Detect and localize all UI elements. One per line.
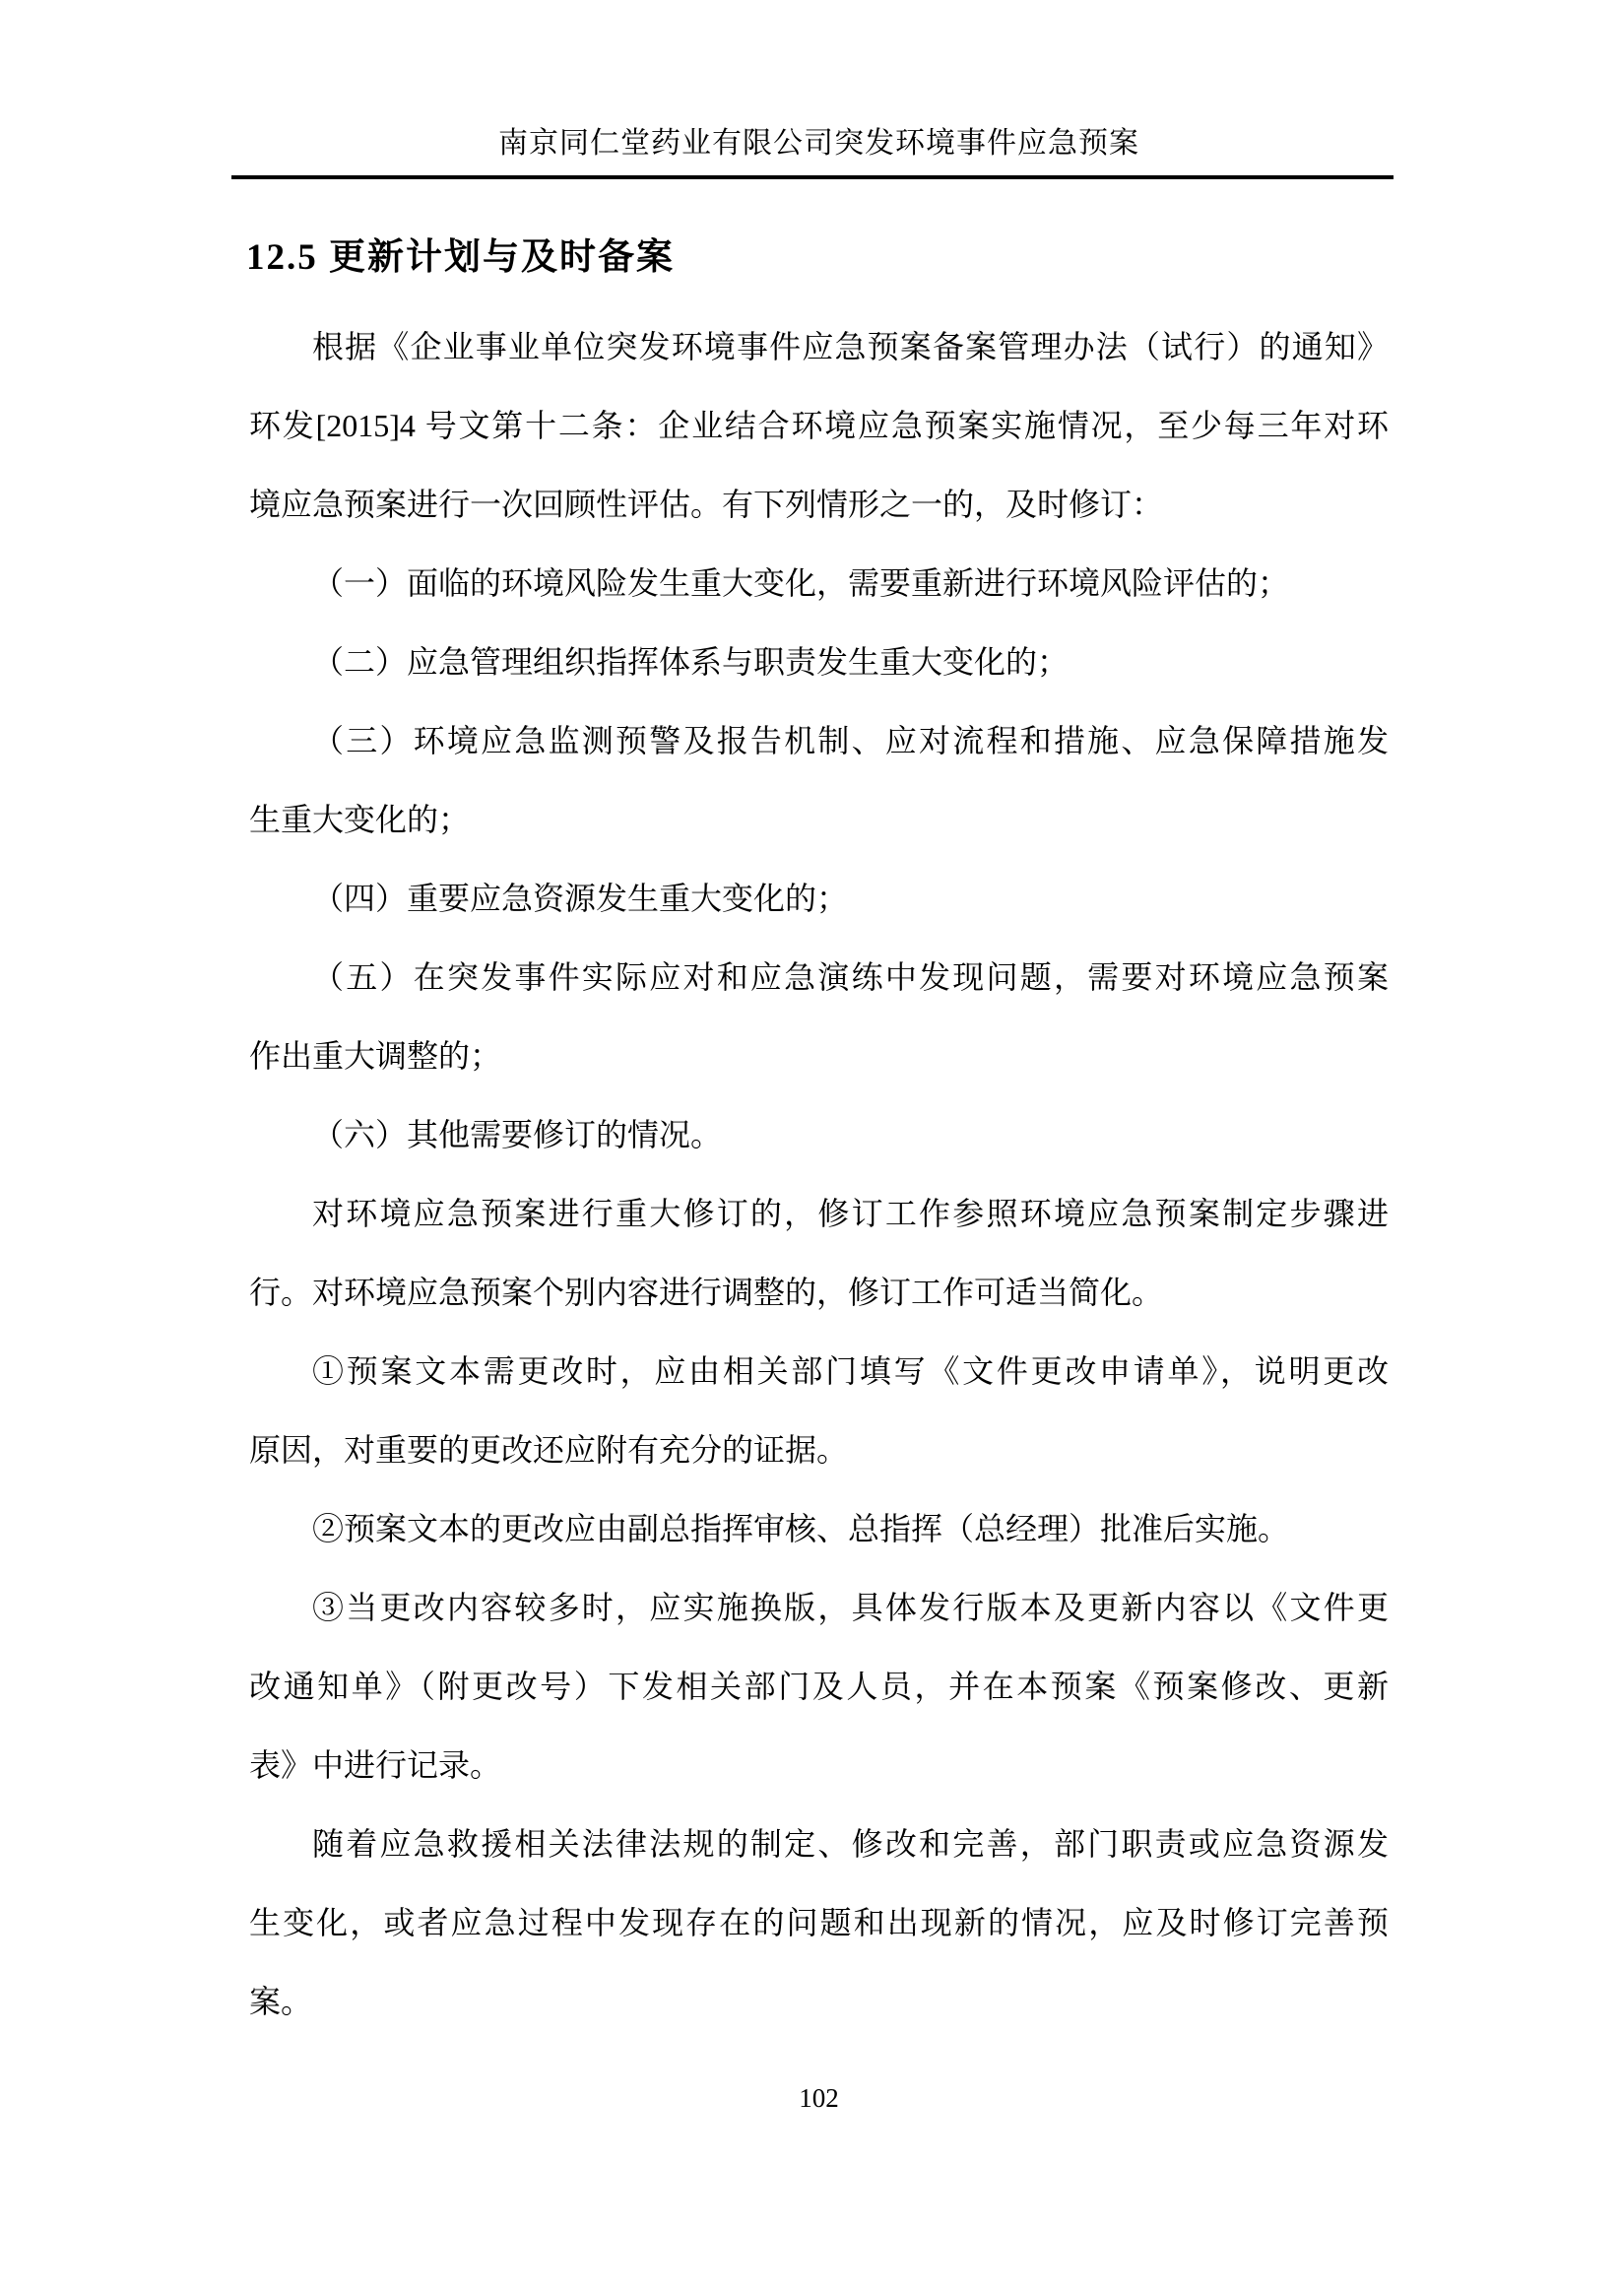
body-line: （一）面临的环境风险发生重大变化，需要重新进行环境风险评估的；: [249, 544, 1389, 623]
body-text: 根据《企业事业单位突发环境事件应急预案备案管理办法（试行）的通知》环发[2015…: [249, 307, 1389, 2041]
body-line: （五）在突发事件实际应对和应急演练中发现问题，需要对环境应急预案: [249, 938, 1389, 1017]
body-line: （四）重要应急资源发生重大变化的；: [249, 859, 1389, 938]
body-line: 表》中进行记录。: [249, 1726, 1389, 1804]
body-line: 案。: [249, 1962, 1389, 2041]
body-line: 作出重大调整的；: [249, 1017, 1389, 1095]
body-line: ①预案文本需更改时，应由相关部门填写《文件更改申请单》，说明更改: [249, 1332, 1389, 1410]
body-line: 对环境应急预案进行重大修订的，修订工作参照环境应急预案制定步骤进: [249, 1174, 1389, 1253]
body-line: 原因，对重要的更改还应附有充分的证据。: [249, 1410, 1389, 1489]
body-line: 生重大变化的；: [249, 780, 1389, 859]
body-line: 随着应急救援相关法律法规的制定、修改和完善，部门职责或应急资源发: [249, 1804, 1389, 1883]
body-line: 环发[2015]4 号文第十二条：企业结合环境应急预案实施情况，至少每三年对环: [249, 386, 1389, 465]
body-line: ②预案文本的更改应由副总指挥审核、总指挥（总经理）批准后实施。: [249, 1489, 1389, 1568]
document-page: 南京同仁堂药业有限公司突发环境事件应急预案 12.5 更新计划与及时备案 根据《…: [0, 0, 1621, 2296]
body-line: 行。对环境应急预案个别内容进行调整的，修订工作可适当简化。: [249, 1253, 1389, 1332]
page-header: 南京同仁堂药业有限公司突发环境事件应急预案: [249, 124, 1389, 164]
header-divider: [231, 175, 1394, 179]
page-number: 102: [249, 2080, 1389, 2116]
body-line: （六）其他需要修订的情况。: [249, 1095, 1389, 1174]
body-line: （二）应急管理组织指挥体系与职责发生重大变化的；: [249, 623, 1389, 701]
body-line: 根据《企业事业单位突发环境事件应急预案备案管理办法（试行）的通知》: [249, 307, 1389, 386]
section-heading: 12.5 更新计划与及时备案: [246, 227, 675, 280]
body-line: 境应急预案进行一次回顾性评估。有下列情形之一的，及时修订：: [249, 465, 1389, 544]
header-title: 南京同仁堂药业有限公司突发环境事件应急预案: [498, 127, 1139, 160]
body-line: ③当更改内容较多时，应实施换版，具体发行版本及更新内容以《文件更: [249, 1568, 1389, 1647]
body-line: 生变化，或者应急过程中发现存在的问题和出现新的情况，应及时修订完善预: [249, 1883, 1389, 1962]
body-line: 改通知单》（附更改号）下发相关部门及人员，并在本预案《预案修改、更新: [249, 1647, 1389, 1726]
body-line: （三）环境应急监测预警及报告机制、应对流程和措施、应急保障措施发: [249, 701, 1389, 780]
